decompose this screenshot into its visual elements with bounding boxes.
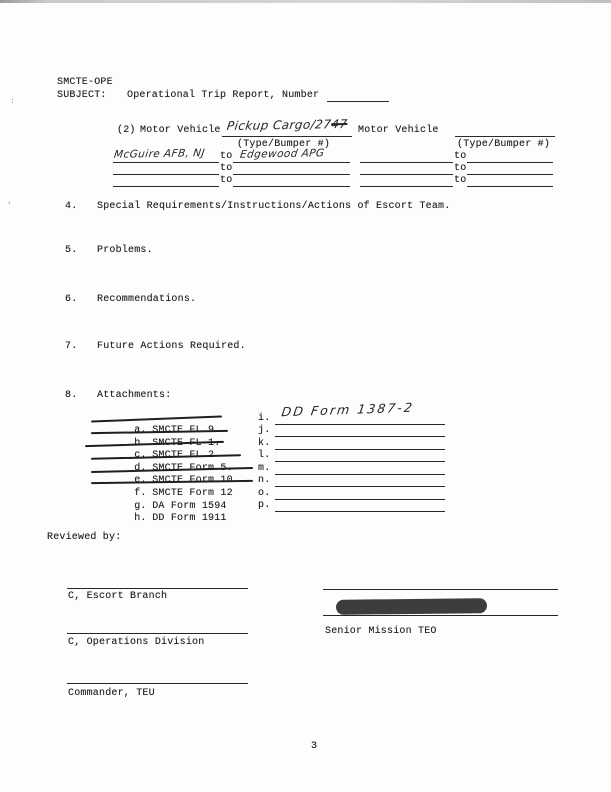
route-row-left-2: to bbox=[113, 163, 350, 175]
attachment-item-j: j. bbox=[258, 425, 445, 438]
attachment-item-c: c.SMCTE FL 2 bbox=[97, 438, 214, 451]
strikethrough-mark bbox=[91, 430, 228, 434]
attachment-blank-line bbox=[275, 450, 445, 462]
attachment-blank-line bbox=[275, 425, 445, 437]
subject-label: SUBJECT: bbox=[57, 90, 107, 102]
attachment-letter: i. bbox=[258, 413, 275, 425]
item-4-number: 4. bbox=[65, 201, 77, 213]
vehicle-item-number: (2) bbox=[117, 125, 136, 137]
route-from-line bbox=[360, 175, 453, 187]
reviewed-by-label: Reviewed by: bbox=[47, 532, 121, 544]
to-label: to bbox=[219, 151, 233, 163]
attachment-letter: l. bbox=[258, 450, 275, 462]
strikethrough-mark bbox=[91, 454, 241, 459]
vehicle-type-struck-digits: 47 bbox=[330, 117, 348, 131]
attachment-letter: o. bbox=[258, 488, 275, 500]
strikethrough-mark bbox=[91, 415, 222, 422]
route-to-line bbox=[467, 175, 553, 187]
item-8-number: 8. bbox=[65, 390, 77, 402]
attachment-item-a: a.SMCTE FL 9 bbox=[97, 413, 214, 426]
item-5-number: 5. bbox=[65, 245, 77, 257]
item-5-text: Problems. bbox=[97, 245, 153, 257]
attachment-item-k: k. bbox=[258, 437, 445, 450]
route-from-line bbox=[360, 163, 453, 175]
attachment-item-o: o. bbox=[258, 487, 445, 500]
to-label: to bbox=[219, 175, 233, 187]
vehicle-type-handwritten: Pickup Cargo/2747 bbox=[226, 118, 348, 133]
route-from-line bbox=[113, 163, 219, 175]
attachment-blank-line bbox=[275, 463, 445, 475]
route-row-right-3: to bbox=[360, 175, 553, 187]
signature-line-senior-teo-top bbox=[323, 589, 558, 590]
attachments-right-list: i. j. k. l. m. n. o. p. bbox=[258, 412, 445, 512]
item-6-text: Recommendations. bbox=[97, 294, 196, 306]
attachment-item-b: b.SMCTE FL 1. bbox=[97, 426, 220, 439]
scan-edge-artifact bbox=[0, 0, 611, 3]
signature-title-commander: Commander, TEU bbox=[68, 688, 155, 700]
route-to-line bbox=[233, 163, 350, 175]
to-label: to bbox=[453, 151, 467, 163]
page-number: 3 bbox=[311, 741, 317, 753]
to-label: to bbox=[219, 163, 233, 175]
attachment-letter: m. bbox=[258, 463, 275, 475]
to-label: to bbox=[453, 163, 467, 175]
attachment-letter: h. bbox=[134, 513, 152, 525]
item-7-number: 7. bbox=[65, 341, 77, 353]
route-row-right-2: to bbox=[360, 163, 553, 175]
office-symbol: SMCTE-OPE bbox=[57, 77, 113, 89]
redacted-signature bbox=[336, 598, 487, 615]
attachment-item-e: e.SMCTE Form 10 bbox=[97, 463, 233, 476]
item-4-text: Special Requirements/Instructions/Action… bbox=[97, 201, 450, 213]
attachment-blank-line bbox=[275, 488, 445, 500]
route-row-right-1: to bbox=[360, 151, 553, 163]
signature-line-escort-branch bbox=[67, 588, 248, 589]
vehicle-type-line-left bbox=[222, 136, 352, 137]
report-number-blank bbox=[327, 101, 389, 102]
route-to-line bbox=[467, 163, 553, 175]
signature-line-commander bbox=[67, 683, 248, 684]
strikethrough-mark bbox=[85, 441, 224, 447]
attachment-letter: p. bbox=[258, 500, 275, 512]
attachment-blank-line bbox=[275, 438, 445, 450]
attachment-item-f: f.SMCTE Form 12 bbox=[97, 476, 233, 489]
vehicle-label-right: Motor Vehicle bbox=[358, 125, 439, 137]
item-8-text: Attachments: bbox=[97, 390, 171, 402]
route-to-line bbox=[233, 175, 350, 187]
attachment-letter: k. bbox=[258, 438, 275, 450]
signature-title-senior-teo: Senior Mission TEO bbox=[325, 626, 437, 638]
attachment-blank-line bbox=[275, 475, 445, 487]
scanned-form-page: : , SMCTE-OPE SUBJECT: Operational Trip … bbox=[0, 0, 611, 792]
route-from-line bbox=[360, 151, 453, 163]
route-from-handwritten: McGuire AFB, NJ bbox=[113, 147, 206, 162]
attachment-item-n: n. bbox=[258, 475, 445, 488]
attachment-item-l: l. bbox=[258, 450, 445, 463]
attachment-letter: j. bbox=[258, 425, 275, 437]
signature-title-escort-branch: C, Escort Branch bbox=[68, 591, 167, 603]
signature-line-senior-teo bbox=[323, 615, 558, 616]
item-6-number: 6. bbox=[65, 294, 77, 306]
attachment-item-h: h.DD Form 1911 bbox=[97, 501, 227, 514]
attachment-item-d: d.SMCTE Form 5. bbox=[97, 451, 233, 464]
vehicle-type-line-right bbox=[455, 136, 555, 137]
attachment-item-p: p. bbox=[258, 500, 445, 513]
signature-title-operations-division: C, Operations Division bbox=[68, 637, 204, 649]
route-row-left-3: to bbox=[113, 175, 350, 187]
attachment-blank-line bbox=[275, 500, 445, 512]
attachments-left-list: a.SMCTE FL 9 b.SMCTE FL 1. c.SMCTE FL 2 … bbox=[97, 413, 233, 514]
attachment-item-g: g.DA Form 1594 bbox=[97, 489, 227, 502]
scan-artifact: : bbox=[10, 96, 15, 105]
attachment-text: DD Form 1911 bbox=[152, 513, 226, 524]
route-to-handwritten: Edgewood APG bbox=[239, 147, 325, 161]
attachment-letter: n. bbox=[258, 475, 275, 487]
route-from-line bbox=[113, 175, 219, 187]
type-bumper-label-right: (Type/Bumper #) bbox=[457, 139, 550, 151]
item-7-text: Future Actions Required. bbox=[97, 341, 246, 353]
attachment-item-m: m. bbox=[258, 462, 445, 475]
vehicle-label-left: Motor Vehicle bbox=[140, 125, 221, 137]
route-to-line bbox=[467, 151, 553, 163]
subject-text: Operational Trip Report, Number bbox=[127, 90, 319, 102]
scan-artifact: , bbox=[7, 196, 12, 205]
strikethrough-mark bbox=[91, 467, 253, 473]
signature-line-operations-division bbox=[67, 633, 248, 634]
vehicle-type-text: Pickup Cargo/27 bbox=[226, 117, 332, 133]
strikethrough-mark bbox=[91, 480, 253, 484]
to-label: to bbox=[453, 175, 467, 187]
